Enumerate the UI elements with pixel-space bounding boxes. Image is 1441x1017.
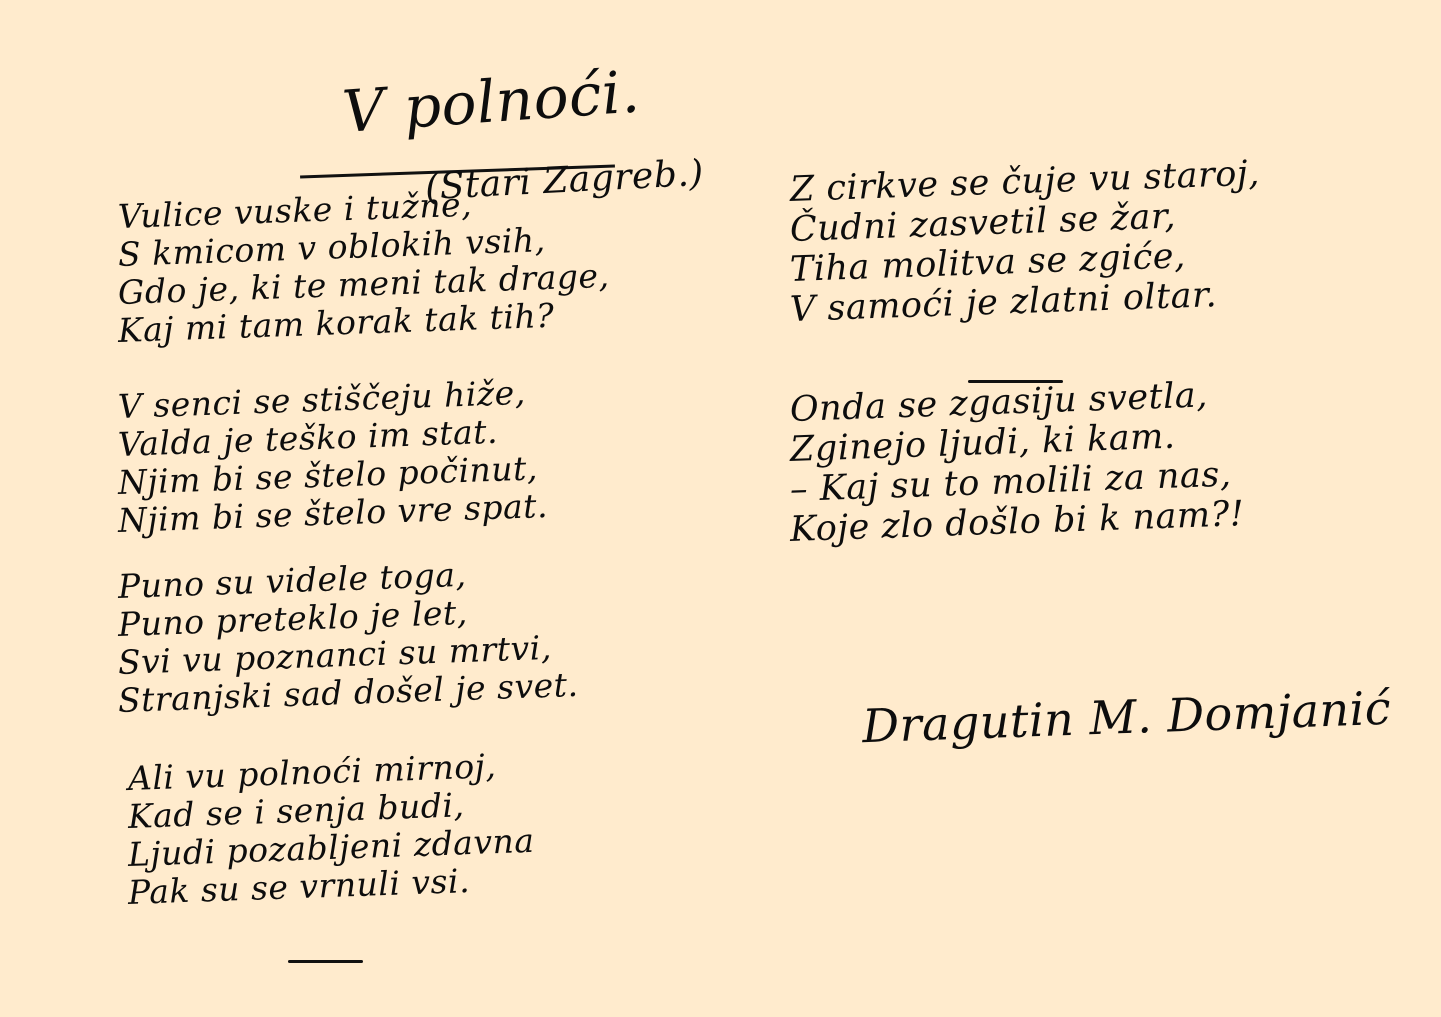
stanza-6: Onda se zgasiju svetla, Zginejo ljudi, k… (790, 390, 1245, 550)
stanza-2: V senci se stiščeju hiže, Valda je teško… (118, 388, 548, 540)
stanza-5: Z cirkve se čuje vu staroj, Čudni zasvet… (790, 170, 1260, 330)
stanza-3: Puno su videle toga, Puno preteklo je le… (118, 568, 579, 720)
end-divider-left (288, 960, 363, 963)
author-signature: Dragutin M. Domjanić (861, 681, 1392, 753)
stanza-4: Ali vu polnoći mirnoj, Kad se i senja bu… (128, 760, 535, 912)
manuscript-page: V polnoći. (Stari Zagreb.) Vulice vuske … (0, 0, 1441, 1017)
stanza-1: Vulice vuske i tužne, S kmicom v oblokih… (118, 198, 610, 350)
poem-title: V polnoći. (340, 57, 642, 146)
